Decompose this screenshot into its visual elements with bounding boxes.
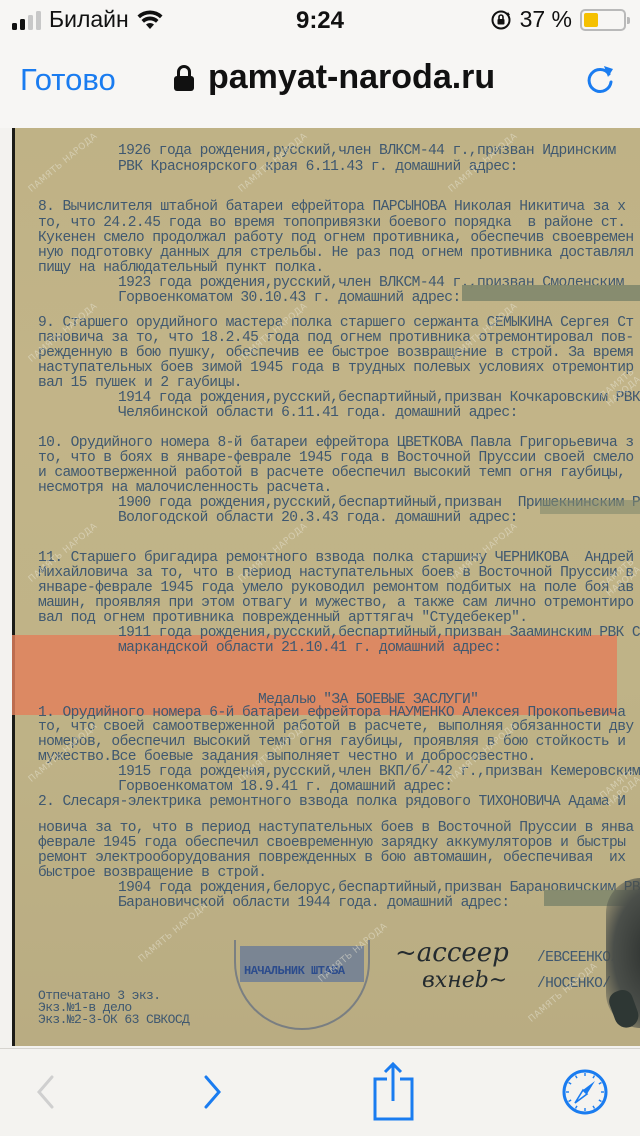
document-line: мужество.Все боевые задания выполняет че… [38,750,536,765]
document-line: вал 15 пушек и 2 гаубицы. [38,376,242,391]
document-line: Барановичской области 1944 года. домашни… [118,896,510,911]
document-line: ную подготовку данных для стрельбы. Не р… [38,246,634,261]
battery-level [584,13,598,27]
document-line: новича за то, что в период наступательны… [38,821,634,836]
chevron-left-icon[interactable] [22,1067,72,1117]
battery-percent: 37 % [520,6,572,33]
document-viewer[interactable]: 1926 года рождения,русский,член ВЛКСМ-44… [0,128,640,1048]
page-edge [12,128,15,1046]
document-line: РВК Красноярского края 6.11.43 г. домашн… [118,160,518,175]
document-line: пищу на наблюдательный пункт полка. [38,261,324,276]
document-line: 8. Вычислителя штабной батареи ефрейтора… [38,200,625,215]
footer-line: Экз.№2-3-ОК 63 СВКОСД [38,1014,189,1026]
done-button[interactable]: Готово [20,62,116,98]
document-line: несмотря на малочисленность расчета. [38,481,332,496]
document-line: 11. Старшего бригадира ремонтного взвода… [38,551,634,566]
document-line: 10. Орудийного номера 8-й батареи ефрейт… [38,436,634,451]
document-line: маркандской области 21.10.41 г. домашний… [118,641,501,656]
document-line: наступательных боев зимой 1945 года в тр… [38,361,634,376]
document-line: Кукенен смело продолжал работу под огнем… [38,231,634,246]
document-line: январе-феврале 1945 года умело руководил… [38,581,634,596]
section-heading: Медалью "ЗА БОЕВЫЕ ЗАСЛУГИ" [258,692,478,708]
chevron-right-icon[interactable] [188,1067,238,1117]
signature: вхнеb~ [422,968,507,993]
signature: ~ассеер [395,938,509,968]
status-bar: Билайн 9:24 37 % [0,0,640,40]
document-line: 1911 года рождения,русский,беспартийный,… [118,626,640,641]
document-line: вал под огнем противника поврежденный ар… [38,611,527,626]
document-line: 1914 года рождения,русский,беспартийный,… [118,391,640,406]
document-line: 9. Старшего орудийного мастера полка ста… [38,316,634,331]
document-line: режденную в бою пушку, обеспечив ее быст… [38,346,634,361]
document-line: машин, проявляя при этом отвагу и мужест… [38,596,634,611]
compass-icon[interactable] [560,1067,610,1117]
document-line: и самоотверженной работой в расчете обес… [38,466,625,481]
document-line: Горвоенкоматом 30.10.43 г. домашний адре… [118,291,461,306]
document-line: то, что в боях в январе-феврале 1945 год… [38,451,634,466]
battery-icon [580,9,626,31]
document-line: то, что 24.2.45 года во время топопривяз… [38,216,625,231]
url-text: pamyat-naroda.ru [208,58,495,97]
document-line: быстрое возвращение в строй. [38,866,266,881]
document-line: номеров, обеспечил высокий темп огня гау… [38,735,625,750]
reload-icon[interactable] [582,62,618,98]
document-line: Михайловича за то, что в период наступат… [38,566,634,581]
address-bar[interactable]: pamyat-naroda.ru [174,58,495,97]
document-line: 2. Слесаря-электрика ремонтного взвода п… [38,795,625,810]
document-line: Вологодской области 20.3.43 года. домашн… [118,511,518,526]
redacted-address [462,285,640,301]
document-line: пановича за то, что 18.2.45 года под огн… [38,331,634,346]
document-line: Горвоенкоматом 18.9.41 г. домашний адрес… [118,780,452,795]
lock-icon [174,65,194,91]
document-line: то, что своей самоотверженной работой в … [38,720,634,735]
orientation-lock-icon [490,9,512,31]
browser-nav-bar: Готово pamyat-naroda.ru [0,40,640,128]
document-line: Челябинской области 6.11.41 года. домашн… [118,406,518,421]
document-line: 1915 года рождения,русский,член ВКП/б/-4… [118,765,640,780]
document-line: ремонт электрооборудования поврежденных … [38,851,625,866]
share-icon[interactable] [368,1059,418,1123]
document-line: 1926 года рождения,русский,член ВЛКСМ-44… [118,144,616,159]
redacted-address [540,500,640,514]
document-line: феврале 1945 года обеспечил своевременну… [38,836,625,851]
browser-toolbar [0,1048,640,1136]
